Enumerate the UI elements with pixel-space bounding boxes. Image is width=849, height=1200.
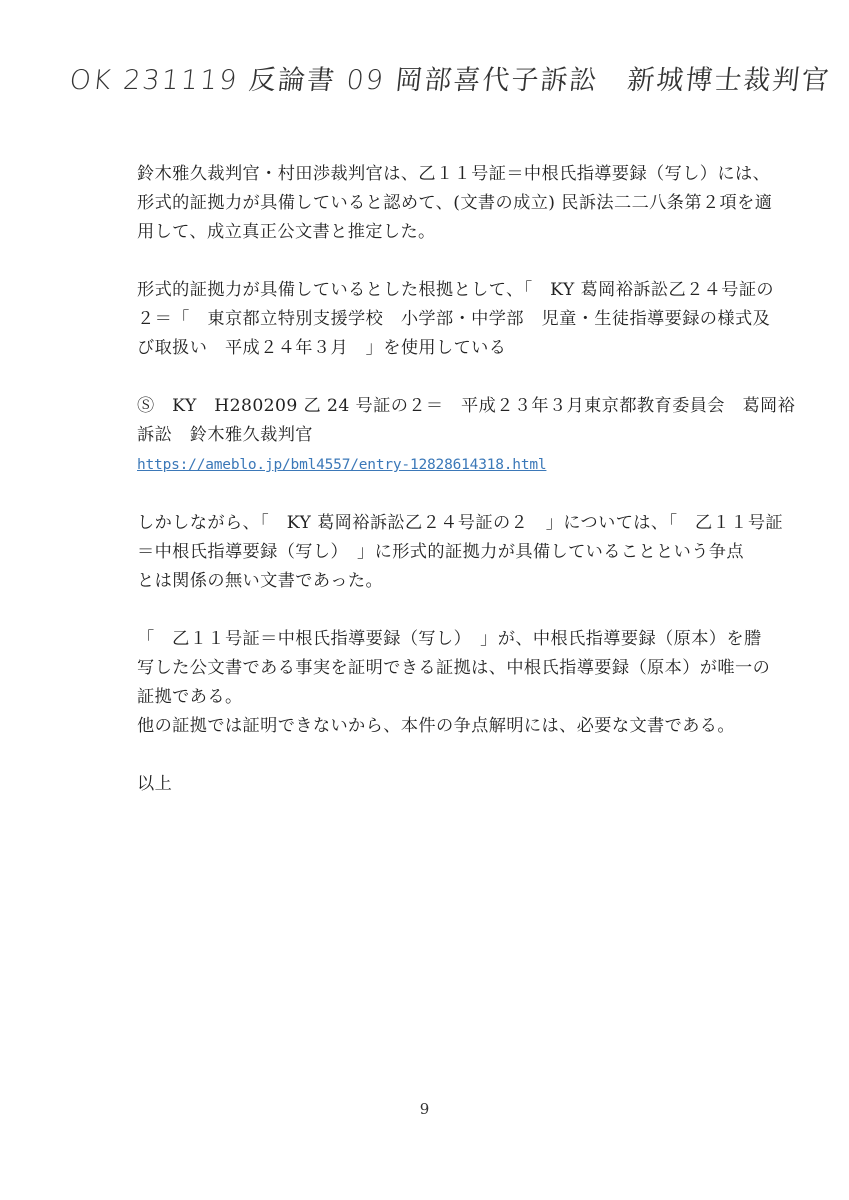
closing-mark: 以上 bbox=[137, 770, 807, 799]
text-line: 鈴木雅久裁判官・村田渉裁判官は、乙１１号証＝中根氏指導要録（写し）には、 bbox=[137, 160, 807, 189]
text-line: 「 乙１１号証＝中根氏指導要録（写し） 」が、中根氏指導要録（原本）を謄 bbox=[137, 625, 807, 654]
text-line: 写した公文書である事実を証明できる証拠は、中根氏指導要録（原本）が唯一の bbox=[137, 654, 807, 683]
paragraph-however: しかしながら、「 KY 葛岡裕訴訟乙２４号証の２ 」については、「 乙１１号証 … bbox=[137, 509, 807, 596]
text-line: び取扱い 平成２４年３月 」を使用している bbox=[137, 334, 807, 363]
text-line: Ⓢ KY H280209 乙 24 号証の２＝ 平成２３年３月東京都教育委員会 … bbox=[137, 392, 807, 421]
text-line: 証拠である。 bbox=[137, 683, 807, 712]
text-line: 訴訟 鈴木雅久裁判官 bbox=[137, 421, 807, 450]
paragraph-reference: Ⓢ KY H280209 乙 24 号証の２＝ 平成２３年３月東京都教育委員会 … bbox=[137, 392, 807, 480]
handwritten-header-note: OK 231119 反論書 09 岡部喜代子訴訟 新城博士裁判官 bbox=[68, 58, 833, 97]
page-number: 9 bbox=[0, 1100, 849, 1118]
text-line: しかしながら、「 KY 葛岡裕訴訟乙２４号証の２ 」については、「 乙１１号証 bbox=[137, 509, 807, 538]
text-line: ＝中根氏指導要録（写し） 」に形式的証拠力が具備していることという争点 bbox=[137, 538, 807, 567]
document-body: 鈴木雅久裁判官・村田渉裁判官は、乙１１号証＝中根氏指導要録（写し）には、 形式的… bbox=[137, 160, 807, 816]
paragraph-conclusion: 「 乙１１号証＝中根氏指導要録（写し） 」が、中根氏指導要録（原本）を謄 写した… bbox=[137, 625, 807, 741]
paragraph-judges-presumption: 鈴木雅久裁判官・村田渉裁判官は、乙１１号証＝中根氏指導要録（写し）には、 形式的… bbox=[137, 160, 807, 247]
text-line: 形式的証拠力が具備しているとした根拠として、「 KY 葛岡裕訴訟乙２４号証の bbox=[137, 276, 807, 305]
paragraph-basis: 形式的証拠力が具備しているとした根拠として、「 KY 葛岡裕訴訟乙２４号証の ２… bbox=[137, 276, 807, 363]
text-line: 形式的証拠力が具備していると認めて、(文書の成立) 民訴法二二八条第２項を適 bbox=[137, 189, 807, 218]
text-line: とは関係の無い文書であった。 bbox=[137, 567, 807, 596]
text-line: 他の証拠では証明できないから、本件の争点解明には、必要な文書である。 bbox=[137, 712, 807, 741]
text-line: 用して、成立真正公文書と推定した。 bbox=[137, 218, 807, 247]
reference-link[interactable]: https://ameblo.jp/bml4557/entry-12828614… bbox=[137, 457, 546, 473]
text-line: ２＝「 東京都立特別支援学校 小学部・中学部 児童・生徒指導要録の様式及 bbox=[137, 305, 807, 334]
